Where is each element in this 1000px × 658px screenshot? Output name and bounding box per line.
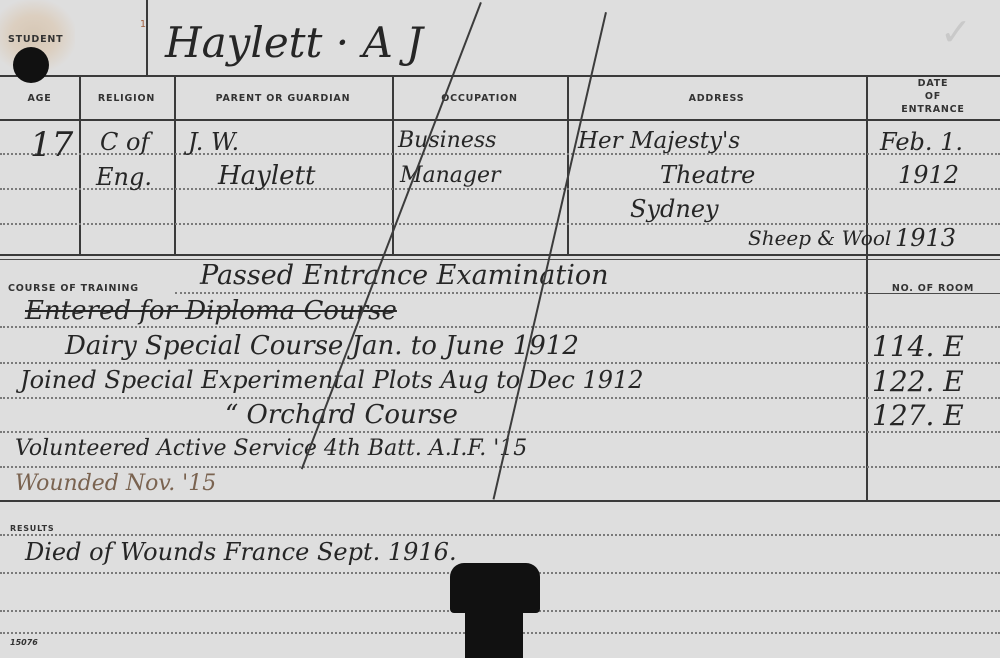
header-top-rule xyxy=(0,75,1000,77)
row-dotted-3 xyxy=(0,223,1000,225)
address-label: ADDRESS xyxy=(567,92,866,105)
faint-checkmark-icon: ✓ xyxy=(940,10,972,54)
results-text: Died of Wounds France Sept. 1916. xyxy=(25,540,457,564)
training-line-5: “ Orchard Course xyxy=(225,402,458,428)
age-value: 17 xyxy=(30,128,73,162)
header-bottom-rule xyxy=(0,119,1000,121)
student-name: Haylett · A J xyxy=(165,22,423,64)
room-header-rule xyxy=(866,293,1000,294)
training-dotted-0 xyxy=(175,292,866,294)
guardian-value-line-2: Haylett xyxy=(218,163,315,189)
training-dotted-1 xyxy=(0,326,1000,328)
training-dotted-4 xyxy=(0,431,1000,433)
card-tab-cutout xyxy=(450,563,540,658)
room-number-2: 122. E xyxy=(872,368,964,396)
room-number-3: 127. E xyxy=(872,402,964,430)
address-value-line-1: Her Majesty's xyxy=(578,130,740,153)
age-label: AGE xyxy=(0,92,79,105)
religion-value-line-2: Eng. xyxy=(96,165,152,189)
form-number: 15076 xyxy=(10,638,38,647)
religion-value-line-1: C of xyxy=(100,130,149,154)
training-line-7: Wounded Nov. '15 xyxy=(15,473,216,495)
room-number-1: 114. E xyxy=(872,333,964,361)
address-value-line-4: Sheep & Wool xyxy=(748,228,891,248)
address-value-line-3: Sydney xyxy=(630,197,719,221)
address-value-line-2: Theatre xyxy=(660,163,755,187)
course-of-training-label: COURSE OF TRAINING xyxy=(8,282,139,295)
religion-label: RELIGION xyxy=(79,92,174,105)
results-dotted-1 xyxy=(0,534,1000,536)
training-top-rule-1 xyxy=(0,254,1000,256)
student-record-card: ✓ STUDENT 1 Haylett · A J AGE RELIGION P… xyxy=(0,0,1000,658)
training-line-2: Entered for Diploma Course xyxy=(25,298,397,324)
training-line-3: Dairy Special Course Jan. to June 1912 xyxy=(65,333,579,359)
student-divider xyxy=(146,0,148,76)
training-line-6: Volunteered Active Service 4th Batt. A.I… xyxy=(15,438,527,460)
punch-hole xyxy=(13,47,49,83)
occupation-value-line-1: Business xyxy=(398,130,496,152)
training-dotted-2 xyxy=(0,362,1000,364)
student-label: STUDENT xyxy=(8,33,63,46)
entrance-date-line-1: Feb. 1. xyxy=(880,130,963,154)
results-top-rule xyxy=(0,500,1000,502)
parent-guardian-label: PARENT OR GUARDIAN xyxy=(174,92,392,105)
guardian-value-line-1: J. W. xyxy=(188,130,239,154)
entrance-date-line-2: 1912 xyxy=(898,163,959,187)
training-dotted-3 xyxy=(0,397,1000,399)
occupation-label: OCCUPATION xyxy=(392,92,567,105)
date-of-entrance-label: DATE OF ENTRANCE xyxy=(866,77,1000,116)
row-dotted-1 xyxy=(0,153,1000,155)
entrance-date-line-3: 1913 xyxy=(895,226,956,250)
